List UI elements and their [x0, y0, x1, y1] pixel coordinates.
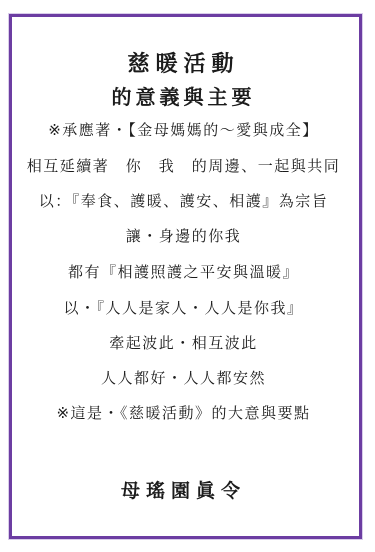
body-line: 讓・身邊的你我: [24, 226, 343, 246]
body-line: 以・『人人是家人・人人是你我』: [24, 298, 343, 318]
document-page: 慈暖活動 的意義與主要 ※承應著・【金母媽媽的～愛與成全】 相互延續著 你 我 …: [0, 0, 375, 552]
body-line: 以：『奉食、護暖、護安、相護』為宗旨: [24, 191, 343, 211]
signature-line: 母瑤園眞令: [24, 476, 343, 503]
body-line: 相互延續著 你 我 的周邊、一起與共同: [24, 156, 343, 176]
document-title-line1: 慈暖活動: [24, 47, 343, 78]
document-content: 慈暖活動 的意義與主要 ※承應著・【金母媽媽的～愛與成全】 相互延續著 你 我 …: [24, 34, 343, 520]
body-line: ※承應著・【金母媽媽的～愛與成全】: [24, 120, 343, 140]
purple-border-frame: 慈暖活動 的意義與主要 ※承應著・【金母媽媽的～愛與成全】 相互延續著 你 我 …: [9, 14, 362, 539]
document-title-line2: 的意義與主要: [24, 81, 343, 110]
body-line: 牽起波此・相互波此: [24, 333, 343, 353]
body-line: 人人都好・人人都安然: [24, 368, 343, 388]
body-line: 都有『相護照護之平安與溫暖』: [24, 262, 343, 282]
body-line: ※這是・《慈暖活動》的大意與要點: [24, 403, 343, 423]
